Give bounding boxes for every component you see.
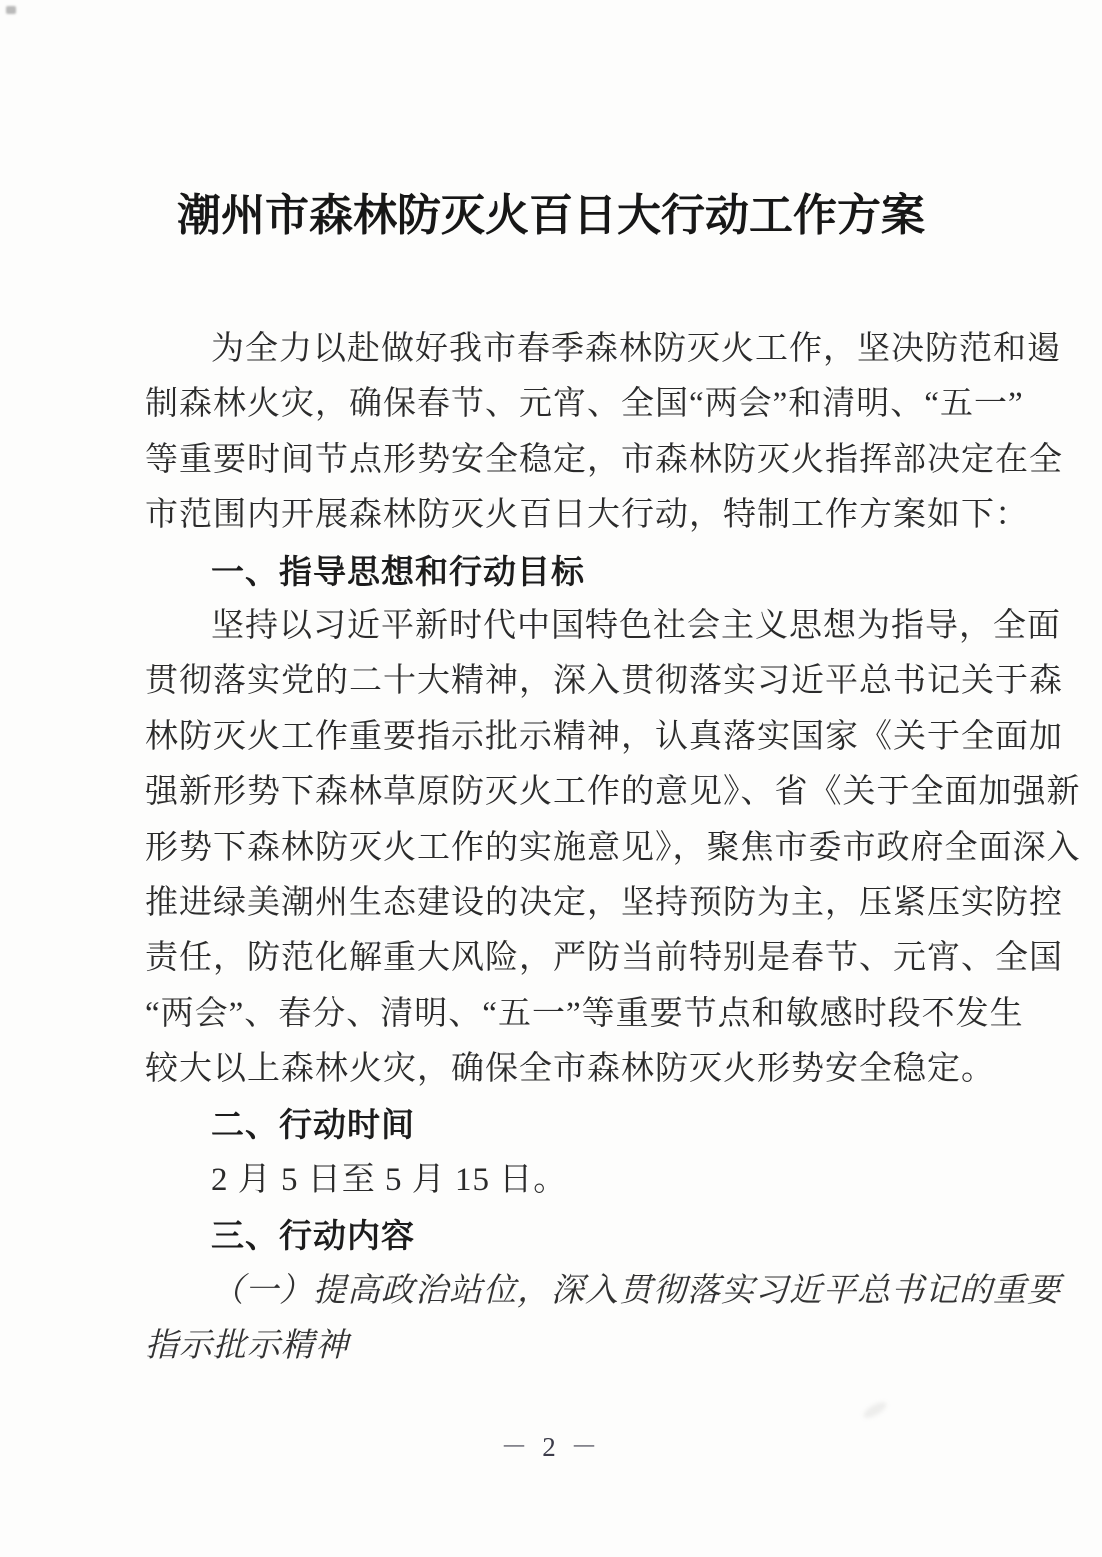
text-line: 责任，防范化解重大风险，严防当前特别是春节、元宵、全国 <box>145 931 965 986</box>
text-line: 制森林火灾，确保春节、元宵、全国“两会”和清明、“五一” <box>145 377 965 432</box>
scan-artifact <box>861 1399 889 1421</box>
text-line: 较大以上森林火灾，确保全市森林防灭火形势安全稳定。 <box>145 1042 965 1097</box>
scan-artifact <box>6 6 16 14</box>
text-line: 林防灭火工作重要指示批示精神，认真落实国家《关于全面加 <box>145 710 965 765</box>
text-line: 强新形势下森林草原防灭火工作的意见》、省《关于全面加强新 <box>145 765 965 820</box>
text-line: 形势下森林防灭火工作的实施意见》，聚焦市委市政府全面深入 <box>145 821 965 876</box>
text-line: 指示批示精神 <box>145 1319 965 1374</box>
text-line: 2 月 5 日至 5 月 15 日。 <box>145 1153 965 1208</box>
document-title: 潮州市森林防灭火百日大行动工作方案 <box>0 186 1102 246</box>
document-page: 潮州市森林防灭火百日大行动工作方案 为全力以赴做好我市春季森林防灭火工作，坚决防… <box>0 0 1102 1557</box>
text-line: 市范围内开展森林防灭火百日大行动，特制工作方案如下： <box>145 488 965 543</box>
text-line: 坚持以习近平新时代中国特色社会主义思想为指导，全面 <box>145 599 965 654</box>
text-line: “两会”、春分、清明、“五一”等重要节点和敏感时段不发生 <box>145 987 965 1042</box>
section-heading: 一、指导思想和行动目标 <box>145 544 965 599</box>
text-line: 为全力以赴做好我市春季森林防灭火工作，坚决防范和遏 <box>145 322 965 377</box>
section-heading: 三、行动内容 <box>145 1208 965 1263</box>
document-body: 为全力以赴做好我市春季森林防灭火工作，坚决防范和遏制森林火灾，确保春节、元宵、全… <box>145 322 965 1374</box>
text-line: （一）提高政治站位，深入贯彻落实习近平总书记的重要 <box>145 1264 965 1319</box>
text-line: 贯彻落实党的二十大精神，深入贯彻落实习近平总书记关于森 <box>145 654 965 709</box>
text-line: 推进绿美潮州生态建设的决定，坚持预防为主，压紧压实防控 <box>145 876 965 931</box>
section-heading: 二、行动时间 <box>145 1097 965 1152</box>
page-number: － 2 － <box>0 1428 1102 1466</box>
text-line: 等重要时间节点形势安全稳定，市森林防灭火指挥部决定在全 <box>145 433 965 488</box>
